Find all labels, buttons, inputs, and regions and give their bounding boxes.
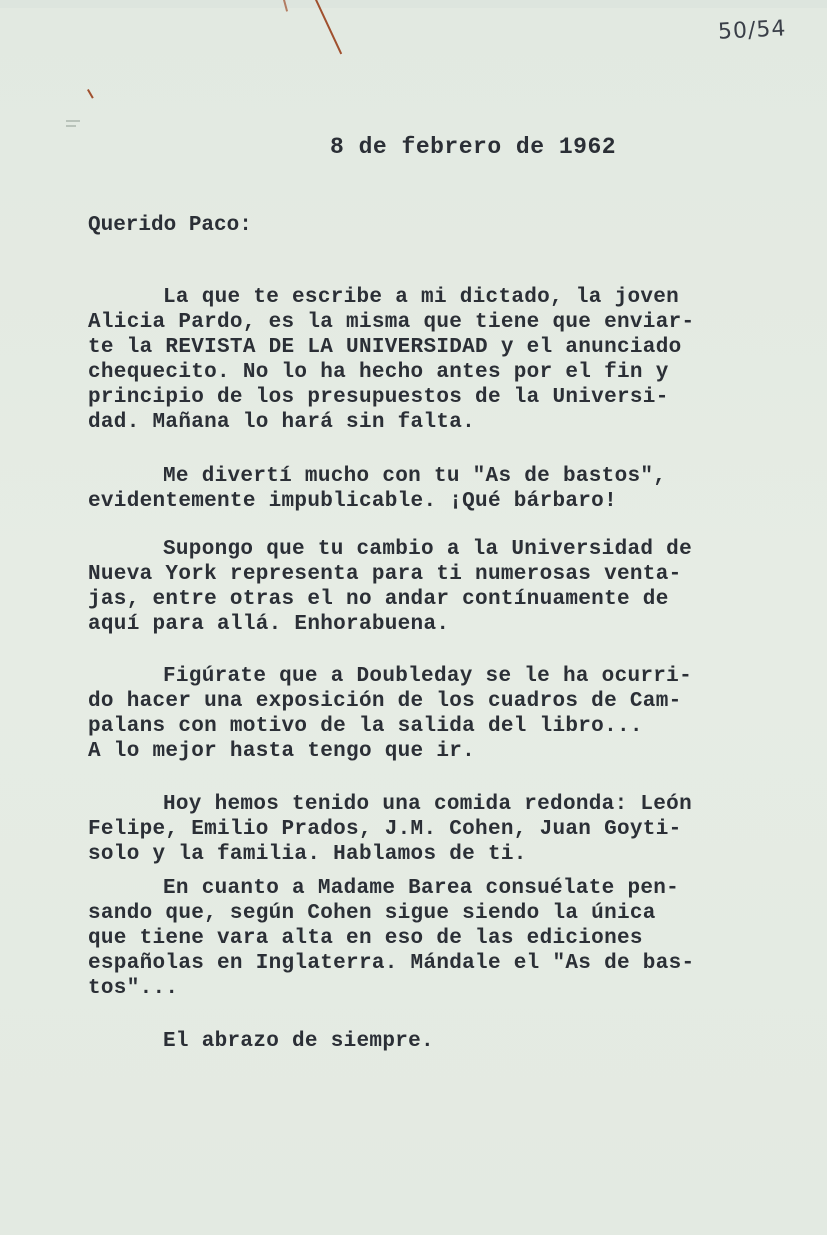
paragraph-6-line: españolas en Inglaterra. Mándale el "As … [88,952,694,975]
paragraph-4-line: Figúrate que a Doubleday se le ha ocurri… [163,665,692,688]
paragraph-3-line: aquí para allá. Enhorabuena. [88,613,449,636]
paragraph-2-line: Me divertí mucho con tu "As de bastos", [163,465,666,488]
paragraph-1-line: principio de los presupuestos de la Univ… [88,386,669,409]
paragraph-5-line: Felipe, Emilio Prados, J.M. Cohen, Juan … [88,818,682,841]
paragraph-4-line: do hacer una exposición de los cuadros d… [88,690,682,713]
page-top-edge [0,0,827,8]
margin-mark [66,125,76,127]
paragraph-6-line: que tiene vara alta en eso de las edicio… [88,927,643,950]
paragraph-3-line: jas, entre otras el no andar contínuamen… [88,588,669,611]
closing: El abrazo de siempre. [163,1030,434,1053]
paragraph-3-line: Nueva York representa para ti numerosas … [88,563,682,586]
ink-stroke-mark [87,89,94,99]
paragraph-1-line: dad. Mañana lo hará sin falta. [88,411,475,434]
letter-page: 50/54 8 de febrero de 1962 Querido Paco:… [0,0,827,1235]
paragraph-3-line: Supongo que tu cambio a la Universidad d… [163,538,692,561]
letter-date: 8 de febrero de 1962 [330,134,616,160]
paragraph-1-line: chequecito. No lo ha hecho antes por el … [88,361,669,384]
margin-mark [66,120,80,122]
paragraph-6-line: sando que, según Cohen sigue siendo la ú… [88,902,656,925]
paragraph-4-line: palans con motivo de la salida del libro… [88,715,643,738]
paragraph-2-line: evidentemente impublicable. ¡Qué bárbaro… [88,490,617,513]
salutation: Querido Paco: [88,214,252,237]
paragraph-6-line: En cuanto a Madame Barea consuélate pen- [163,877,679,900]
paragraph-6-line: tos"... [88,977,178,1000]
paragraph-1-line: La que te escribe a mi dictado, la joven [163,286,679,309]
paragraph-4-line: A lo mejor hasta tengo que ir. [88,740,475,763]
paragraph-1-line: Alicia Pardo, es la misma que tiene que … [88,311,694,334]
archive-number: 50/54 [717,16,787,45]
ink-stroke-mark [315,0,342,54]
paragraph-1-line: te la REVISTA DE LA UNIVERSIDAD y el anu… [88,336,682,359]
paragraph-5-line: Hoy hemos tenido una comida redonda: Leó… [163,793,692,816]
paragraph-5-line: solo y la familia. Hablamos de ti. [88,843,527,866]
